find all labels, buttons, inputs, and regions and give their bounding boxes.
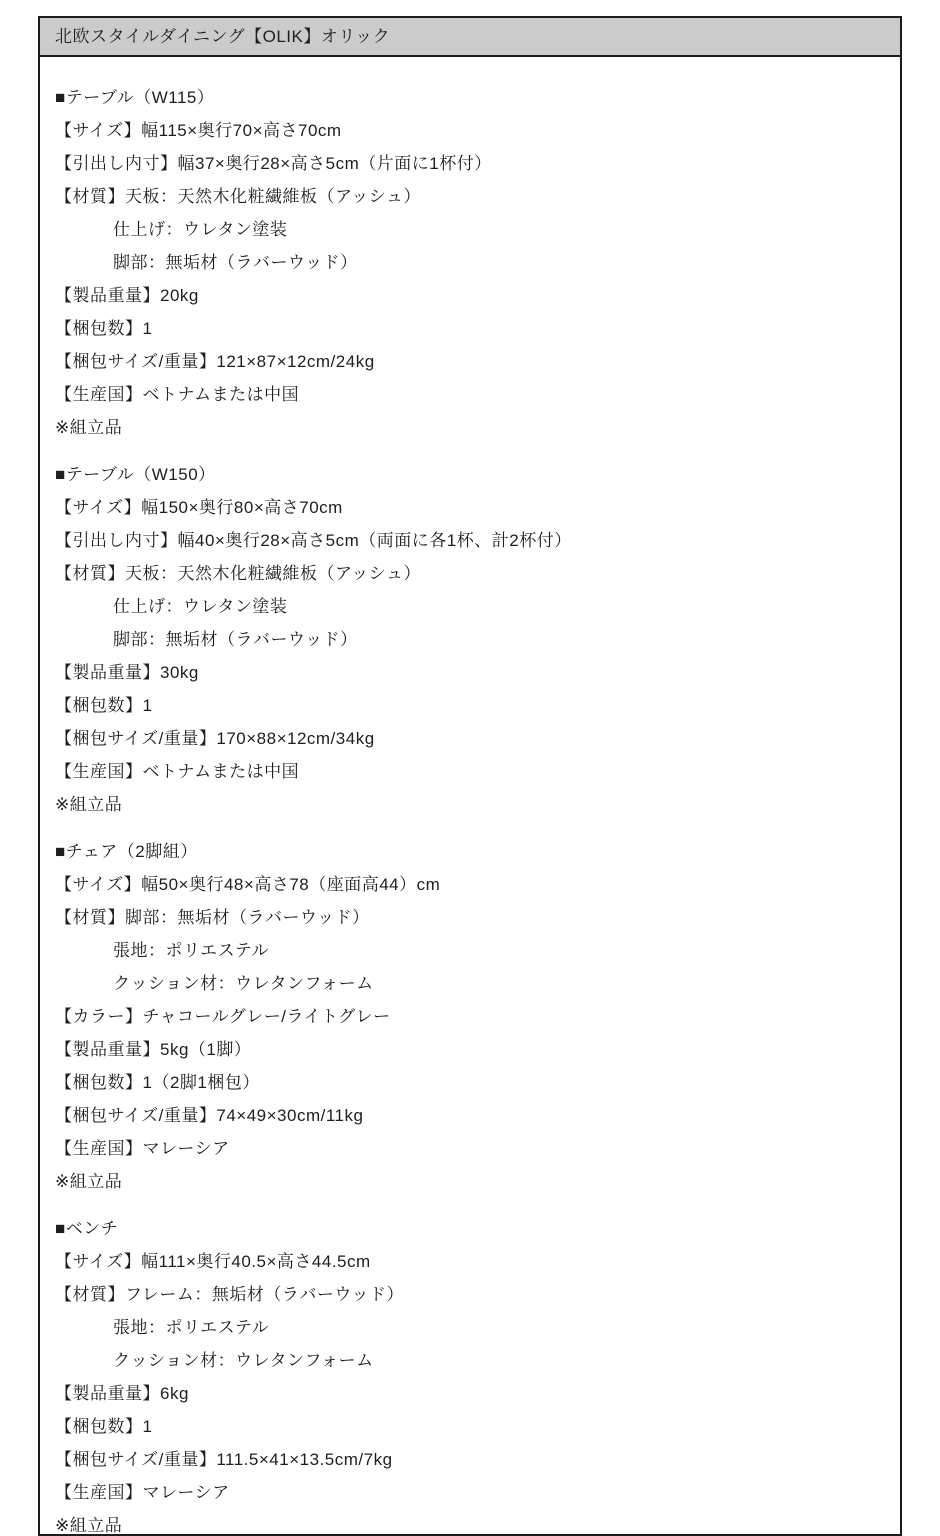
size-line: 【サイズ】幅50×奥行48×高さ78（座面高44）cm (55, 868, 885, 901)
product-section: ■テーブル（W115）【サイズ】幅115×奥行70×高さ70cm【引出し内寸】幅… (55, 81, 885, 444)
product-spec-sheet: 北欧スタイルダイニング【OLIK】オリック ■テーブル（W115）【サイズ】幅1… (38, 16, 902, 1536)
material-finish-line: 仕上げ：ウレタン塗装 (55, 590, 885, 623)
weight-line: 【製品重量】5kg（1脚） (55, 1033, 885, 1066)
section-heading: ■テーブル（W150） (55, 458, 885, 491)
package-count-line: 【梱包数】1（2脚1梱包） (55, 1066, 885, 1099)
package-count-line: 【梱包数】1 (55, 312, 885, 345)
section-heading: ■チェア（2脚組） (55, 835, 885, 868)
package-size-line: 【梱包サイズ/重量】170×88×12cm/34kg (55, 722, 885, 755)
assembly-note-line: ※組立品 (55, 788, 885, 821)
section-heading: ■ベンチ (55, 1212, 885, 1245)
weight-line: 【製品重量】30kg (55, 656, 885, 689)
product-section: ■テーブル（W150）【サイズ】幅150×奥行80×高さ70cm【引出し内寸】幅… (55, 458, 885, 821)
section-heading: ■テーブル（W115） (55, 81, 885, 114)
weight-line: 【製品重量】20kg (55, 279, 885, 312)
package-size-line: 【梱包サイズ/重量】121×87×12cm/24kg (55, 345, 885, 378)
size-line: 【サイズ】幅150×奥行80×高さ70cm (55, 491, 885, 524)
package-size-line: 【梱包サイズ/重量】74×49×30cm/11kg (55, 1099, 885, 1132)
country-line: 【生産国】ベトナムまたは中国 (55, 755, 885, 788)
material-legs-line: 【材質】脚部：無垢材（ラバーウッド） (55, 901, 885, 934)
assembly-note-line: ※組立品 (55, 1509, 885, 1536)
product-section: ■ベンチ【サイズ】幅111×奥行40.5×高さ44.5cm【材質】フレーム：無垢… (55, 1212, 885, 1536)
page-title: 北欧スタイルダイニング【OLIK】オリック (38, 16, 902, 57)
product-section: ■チェア（2脚組）【サイズ】幅50×奥行48×高さ78（座面高44）cm【材質】… (55, 835, 885, 1198)
package-count-line: 【梱包数】1 (55, 689, 885, 722)
material-cushion-line: クッション材：ウレタンフォーム (55, 1344, 885, 1377)
package-count-line: 【梱包数】1 (55, 1410, 885, 1443)
size-line: 【サイズ】幅115×奥行70×高さ70cm (55, 114, 885, 147)
material-legs-line: 脚部：無垢材（ラバーウッド） (55, 623, 885, 656)
country-line: 【生産国】ベトナムまたは中国 (55, 378, 885, 411)
material-top-line: 【材質】天板：天然木化粧繊維板（アッシュ） (55, 180, 885, 213)
material-fabric-line: 張地：ポリエステル (55, 1311, 885, 1344)
drawer-size-line: 【引出し内寸】幅37×奥行28×高さ5cm（片面に1杯付） (55, 147, 885, 180)
material-fabric-line: 張地：ポリエステル (55, 934, 885, 967)
package-size-line: 【梱包サイズ/重量】111.5×41×13.5cm/7kg (55, 1443, 885, 1476)
drawer-size-line: 【引出し内寸】幅40×奥行28×高さ5cm（両面に各1杯、計2杯付） (55, 524, 885, 557)
assembly-note-line: ※組立品 (55, 1165, 885, 1198)
material-top-line: 【材質】天板：天然木化粧繊維板（アッシュ） (55, 557, 885, 590)
weight-line: 【製品重量】6kg (55, 1377, 885, 1410)
material-legs-line: 脚部：無垢材（ラバーウッド） (55, 246, 885, 279)
country-line: 【生産国】マレーシア (55, 1476, 885, 1509)
material-cushion-line: クッション材：ウレタンフォーム (55, 967, 885, 1000)
material-finish-line: 仕上げ：ウレタン塗装 (55, 213, 885, 246)
assembly-note-line: ※組立品 (55, 411, 885, 444)
color-line: 【カラー】チャコールグレー/ライトグレー (55, 1000, 885, 1033)
size-line: 【サイズ】幅111×奥行40.5×高さ44.5cm (55, 1245, 885, 1278)
material-frame-line: 【材質】フレーム：無垢材（ラバーウッド） (55, 1278, 885, 1311)
spec-content: ■テーブル（W115）【サイズ】幅115×奥行70×高さ70cm【引出し内寸】幅… (38, 57, 902, 1536)
country-line: 【生産国】マレーシア (55, 1132, 885, 1165)
